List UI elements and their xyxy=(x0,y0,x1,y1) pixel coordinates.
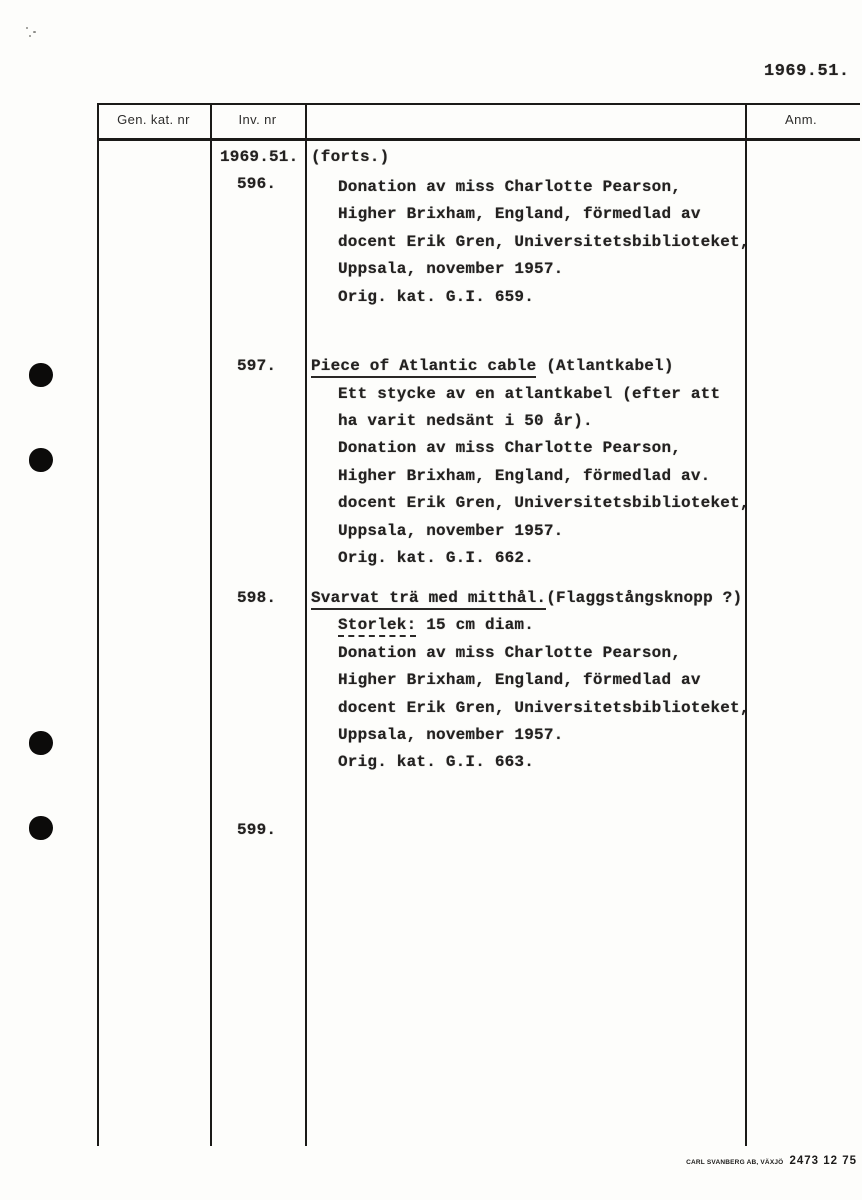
scan-speckle xyxy=(26,27,28,29)
entry-598-title-underlined: Svarvat trä med mitthål. xyxy=(311,589,546,610)
entry-598-size-label: Storlek: xyxy=(338,616,416,637)
entry-597-title-suffix: (Atlantkabel) xyxy=(536,357,673,375)
scan-speckle xyxy=(29,35,31,37)
entry-598-line: Donation av miss Charlotte Pearson, xyxy=(338,643,681,663)
entry-598-title-suffix: (Flaggstångsknopp ?) xyxy=(546,589,742,607)
hole-punch xyxy=(29,731,53,755)
entry-597-line: Uppsala, november 1957. xyxy=(338,521,563,541)
entry-598-line: Orig. kat. G.I. 663. xyxy=(338,752,534,772)
entry-597-line: Orig. kat. G.I. 662. xyxy=(338,548,534,568)
entry-598-title: Svarvat trä med mitthål.(Flaggstångsknop… xyxy=(311,588,742,608)
entry-598-line: Higher Brixham, England, förmedlad av xyxy=(338,670,701,690)
entry-597-line: Donation av miss Charlotte Pearson, xyxy=(338,438,681,458)
entry-596-note: (forts.) xyxy=(311,147,389,167)
entry-597-line: ha varit nedsänt i 50 år). xyxy=(338,411,593,431)
page-number: 1969.51. xyxy=(764,62,850,81)
scan-speckle xyxy=(33,31,36,33)
entry-598-inv-nr: 598. xyxy=(237,588,276,608)
entry-596-line: Orig. kat. G.I. 659. xyxy=(338,287,534,307)
table-column-divider-2 xyxy=(305,103,307,1146)
entry-596-accession: 1969.51. xyxy=(220,147,298,167)
entry-597-line: Higher Brixham, England, förmedlad av. xyxy=(338,466,710,486)
table-column-divider-1 xyxy=(210,103,212,1146)
entry-598-line: docent Erik Gren, Universitetsbiblioteke… xyxy=(338,698,750,718)
entry-596-line: Higher Brixham, England, förmedlad av xyxy=(338,204,701,224)
form-code: 2473 12 75 xyxy=(789,1155,857,1167)
entry-598-line: Uppsala, november 1957. xyxy=(338,725,563,745)
entry-597-title: Piece of Atlantic cable (Atlantkabel) xyxy=(311,356,674,376)
column-header-anm: Anm. xyxy=(745,112,857,127)
entry-597-line: Ett stycke av en atlantkabel (efter att xyxy=(338,384,720,404)
hole-punch xyxy=(29,448,53,472)
hole-punch xyxy=(29,816,53,840)
printer-name: CARL SVANBERG AB, VÄXJÖ xyxy=(686,1159,783,1166)
entry-597-inv-nr: 597. xyxy=(237,356,276,376)
entry-597-line: docent Erik Gren, Universitetsbiblioteke… xyxy=(338,493,750,513)
entry-596-line: Uppsala, november 1957. xyxy=(338,259,563,279)
entry-596-inv-nr: 596. xyxy=(237,174,276,194)
entry-598-size: Storlek: 15 cm diam. xyxy=(338,615,534,635)
table-left-border xyxy=(97,103,99,1146)
column-header-gen-kat-nr: Gen. kat. nr xyxy=(97,112,210,127)
entry-596-line: docent Erik Gren, Universitetsbiblioteke… xyxy=(338,232,750,252)
entry-596-line: Donation av miss Charlotte Pearson, xyxy=(338,177,681,197)
entry-598-size-value: 15 cm diam. xyxy=(416,616,534,634)
entry-597-title-underlined: Piece of Atlantic cable xyxy=(311,357,536,378)
column-header-inv-nr: Inv. nr xyxy=(210,112,305,127)
printer-footer: CARL SVANBERG AB, VÄXJÖ 2473 12 75 xyxy=(686,1155,857,1167)
entry-599-inv-nr: 599. xyxy=(237,820,276,840)
hole-punch xyxy=(29,363,53,387)
table-column-divider-3 xyxy=(745,103,747,1146)
